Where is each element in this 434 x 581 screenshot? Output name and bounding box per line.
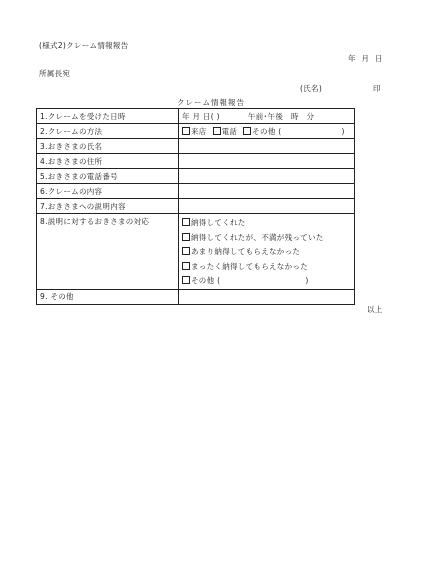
option-other-close: ) xyxy=(342,127,345,136)
customer-name-field[interactable] xyxy=(179,139,355,154)
checkbox-icon[interactable] xyxy=(182,262,190,270)
received-datetime-field[interactable]: 年 月 日( )午前･午後 時 分 xyxy=(179,109,355,124)
explanation-field[interactable] xyxy=(179,199,355,214)
addressee: 所属長宛 xyxy=(39,68,70,79)
claim-method-field: 来店電話その他 () xyxy=(179,124,355,139)
response-option: あまり納得してもらえなかった xyxy=(182,245,354,260)
table-row: 6.クレームの内容 xyxy=(37,184,355,199)
row-label-customer-phone: 5.おきさまの電話番号 xyxy=(37,169,179,184)
option-visit: 来店 xyxy=(191,127,207,136)
response-option: その他 () xyxy=(182,274,354,289)
row-label-other: 9. その他 xyxy=(37,289,179,304)
row-label-explanation: 7.おきさまへの説明内容 xyxy=(37,199,179,214)
checkbox-icon[interactable] xyxy=(182,233,190,241)
response-option: 納得してくれたが、不満が残っていた xyxy=(182,231,354,246)
other-field[interactable] xyxy=(179,289,355,304)
checkbox-icon[interactable] xyxy=(213,127,221,135)
checkbox-icon[interactable] xyxy=(243,127,251,135)
response-option: まったく納得してもらえなかった xyxy=(182,260,354,275)
claim-content-field[interactable] xyxy=(179,184,355,199)
checkbox-icon[interactable] xyxy=(182,276,190,284)
row-label-claim-method: 2.クレームの方法 xyxy=(37,124,179,139)
date-placeholder: 年 月 日( ) xyxy=(182,112,220,121)
checkbox-icon[interactable] xyxy=(182,218,190,226)
option-phone: 電話 xyxy=(222,127,238,136)
table-row: 3.おきさまの氏名 xyxy=(37,139,355,154)
table-row: 4.おきさまの住所 xyxy=(37,154,355,169)
table-title: クレーム情報報告 xyxy=(177,97,245,108)
checkbox-icon[interactable] xyxy=(182,127,190,135)
form-label: (様式2)クレーム情報報告 xyxy=(39,40,129,51)
checkbox-icon[interactable] xyxy=(182,247,190,255)
customer-address-field[interactable] xyxy=(179,154,355,169)
response-option: 納得してくれた xyxy=(182,216,354,231)
table-row: 2.クレームの方法 来店電話その他 () xyxy=(37,124,355,139)
customer-phone-field[interactable] xyxy=(179,169,355,184)
row-label-customer-name: 3.おきさまの氏名 xyxy=(37,139,179,154)
seal-mark: 印 xyxy=(373,83,381,94)
table-row: 5.おきさまの電話番号 xyxy=(37,169,355,184)
row-label-customer-address: 4.おきさまの住所 xyxy=(37,154,179,169)
table-row: 8.説明に対するおきさまの対応 納得してくれた 納得してくれたが、不満が残ってい… xyxy=(37,214,355,290)
row-label-claim-content: 6.クレームの内容 xyxy=(37,184,179,199)
time-placeholder: 午前･午後 時 分 xyxy=(248,112,314,121)
row-label-received-datetime: 1.クレームを受けた日時 xyxy=(37,109,179,124)
table-row: 1.クレームを受けた日時 年 月 日( )午前･午後 時 分 xyxy=(37,109,355,124)
report-date: 年 月 日 xyxy=(348,53,383,64)
row-label-customer-response: 8.説明に対するおきさまの対応 xyxy=(37,214,179,290)
closing-text: 以上 xyxy=(367,304,383,315)
claim-report-table: 1.クレームを受けた日時 年 月 日( )午前･午後 時 分 2.クレームの方法… xyxy=(36,108,355,305)
option-other: その他 ( xyxy=(252,127,281,136)
customer-response-field: 納得してくれた 納得してくれたが、不満が残っていた あまり納得してもらえなかった… xyxy=(179,214,355,290)
table-row: 7.おきさまへの説明内容 xyxy=(37,199,355,214)
table-row: 9. その他 xyxy=(37,289,355,304)
name-label: (氏名) xyxy=(300,83,322,94)
